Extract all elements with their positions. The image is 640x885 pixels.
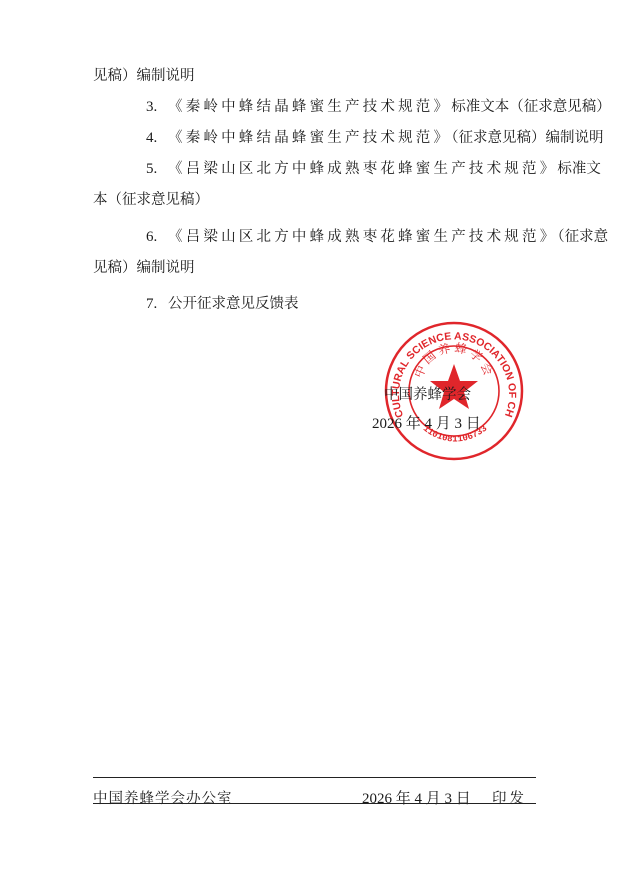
item-title: 公开征求意见反馈表 bbox=[168, 296, 299, 312]
item-title: 《秦岭中蜂结晶蜂蜜生产技术规范》 bbox=[168, 99, 451, 115]
footer-date: 2026 年 4 月 3 日 bbox=[362, 787, 471, 808]
item-number: 5. bbox=[146, 159, 168, 179]
item-title: 《吕梁山区北方中蜂成熟枣花蜂蜜生产技术规范》 bbox=[168, 229, 557, 245]
line-continuation-2: 见稿）编制说明 bbox=[93, 66, 195, 86]
line-text: 见稿）编制说明 bbox=[93, 68, 195, 84]
item-number: 3. bbox=[146, 97, 168, 117]
line-continuation-5: 本（征求意见稿） bbox=[93, 190, 209, 210]
footer-bottom-rule bbox=[93, 803, 536, 804]
line-text: 本（征求意见稿） bbox=[93, 192, 209, 208]
item-number: 4. bbox=[146, 128, 168, 148]
footer-action: 印发 bbox=[492, 787, 527, 808]
item-suffix: （征求意见稿）编制说明 bbox=[451, 130, 603, 146]
list-item-4: 4.《秦岭中蜂结晶蜂蜜生产技术规范》（征求意见稿）编制说明 bbox=[146, 128, 603, 148]
item-suffix: 标准文本（征求意见稿） bbox=[451, 99, 611, 115]
footer-top-rule bbox=[93, 777, 536, 778]
item-title: 《秦岭中蜂结晶蜂蜜生产技术规范》 bbox=[168, 130, 451, 146]
list-item-7: 7.公开征求意见反馈表 bbox=[146, 294, 299, 314]
item-title: 《吕梁山区北方中蜂成熟枣花蜂蜜生产技术规范》 bbox=[168, 161, 557, 177]
line-text: 见稿）编制说明 bbox=[93, 260, 195, 276]
list-item-3: 3.《秦岭中蜂结晶蜂蜜生产技术规范》标准文本（征求意见稿） bbox=[146, 97, 611, 117]
signature-date: 2026 年 4 月 3 日 bbox=[372, 412, 481, 433]
signature-org: 中国养蜂学会 bbox=[384, 383, 471, 404]
item-suffix: 标准文 bbox=[557, 161, 601, 177]
list-item-6: 6.《吕梁山区北方中蜂成熟枣花蜂蜜生产技术规范》（征求意 bbox=[146, 227, 608, 247]
item-number: 6. bbox=[146, 227, 168, 247]
line-continuation-6: 见稿）编制说明 bbox=[93, 258, 195, 278]
list-item-5: 5.《吕梁山区北方中蜂成熟枣花蜂蜜生产技术规范》标准文 bbox=[146, 159, 601, 179]
item-number: 7. bbox=[146, 294, 168, 314]
item-suffix: （征求意 bbox=[557, 229, 608, 245]
footer-issuer: 中国养蜂学会办公室 bbox=[93, 787, 233, 808]
